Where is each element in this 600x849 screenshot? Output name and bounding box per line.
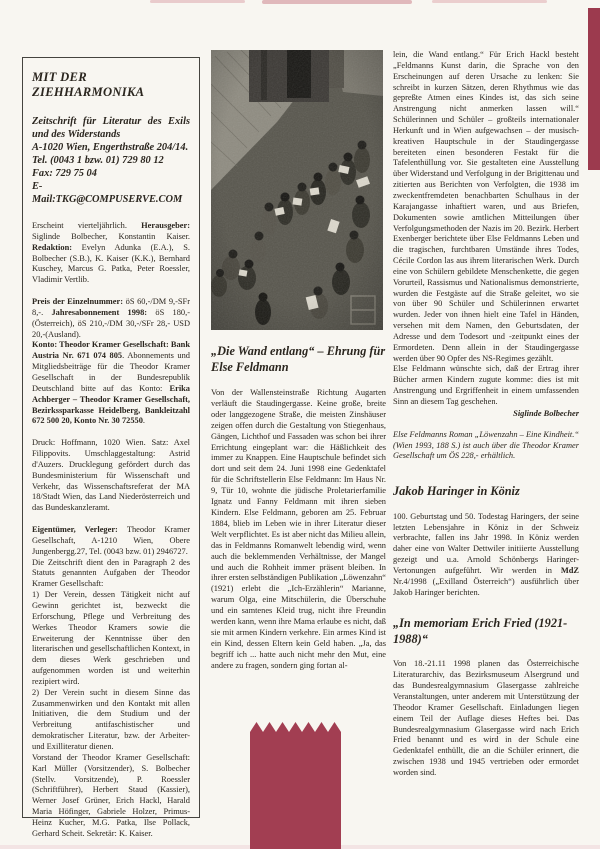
section-fried-body: Von 18.-21.11 1998 planen das Österreich…	[393, 659, 579, 778]
journal-subtitle: Zeitschrift für Literatur des Exils und …	[32, 115, 190, 141]
masthead-address-line: A-1020 Wien, Engerthstraße 204/14.	[32, 141, 190, 154]
red-edge-band	[588, 8, 600, 170]
masthead-address-line: E-Mail:TKG@COMPUSERVE.COM	[32, 180, 190, 206]
masthead-address-line: Tel. (0043 1 bzw. 01) 729 80 12	[32, 154, 190, 167]
scan-artifact-top	[262, 0, 412, 4]
masthead-paragraph-publisher: Erscheint vierteljährlich. Herausgeber: …	[32, 221, 190, 286]
masthead-paragraph-verein-1: 1) Der Verein, dessen Tätigkeit nicht au…	[32, 590, 190, 688]
masthead-paragraph-eigentuemer: Eigentümer, Verleger: Theodor Kramer Ges…	[32, 525, 190, 558]
author-signature: Siglinde Bolbecher	[393, 409, 579, 420]
scan-artifact-top	[432, 0, 547, 3]
masthead-paragraph-verein-2: 2) Der Verein sucht in diesem Sinne das …	[32, 688, 190, 753]
masthead-paragraph-vorstand: Vorstand der Theodor Kramer Gesellschaft…	[32, 753, 190, 840]
article-closing: Else Feldmann wünschte sich, daß der Ert…	[393, 364, 579, 407]
masthead-paragraph-druck: Druck: Hoffmann, 1020 Wien. Satz: Axel F…	[32, 438, 190, 514]
article-body: Von der Wallensteinstraße Richtung Augar…	[211, 388, 386, 672]
masthead-box: MIT DER ZIEHHARMONIKA Zeitschrift für Li…	[22, 57, 200, 818]
journal-title: MIT DER ZIEHHARMONIKA	[32, 70, 190, 100]
masthead-paragraph-price: Preis der Einzelnummer: öS 60,-/DM 9,-SF…	[32, 297, 190, 340]
section-heading-haringer: Jakob Haringer in Köniz	[393, 484, 579, 500]
middle-column: „Die Wand entlang“ – Ehrung für Else Fel…	[211, 50, 386, 672]
section-heading-fried: „In memoriam Erich Fried (1921-1988)“	[393, 616, 579, 647]
magazine-page: MIT DER ZIEHHARMONIKA Zeitschrift für Li…	[0, 0, 600, 849]
masthead-paragraph-konto: Konto: Theodor Kramer Gesellschaft: Bank…	[32, 340, 190, 427]
ceremony-photo	[211, 50, 383, 330]
article-continuation: lein, die Wand entlang.“ Für Erich Hackl…	[393, 50, 579, 364]
masthead-address: Zeitschrift für Literatur des Exils und …	[32, 115, 190, 206]
masthead-address-line: Fax: 729 75 04	[32, 167, 190, 180]
scan-artifact-top	[150, 0, 245, 3]
book-availability-note: Else Feldmanns Roman „Löwenzahn – Eine K…	[393, 430, 579, 463]
section-haringer-body: 100. Geburtstag und 50. Todestag Haringe…	[393, 512, 579, 599]
right-column: lein, die Wand entlang.“ Für Erich Hackl…	[393, 50, 579, 779]
red-ribbon	[250, 722, 341, 849]
masthead-paragraph-statut: Die Zeitschrift dient den in Paragraph 2…	[32, 558, 190, 591]
article-heading: „Die Wand entlang“ – Ehrung für Else Fel…	[211, 344, 386, 375]
